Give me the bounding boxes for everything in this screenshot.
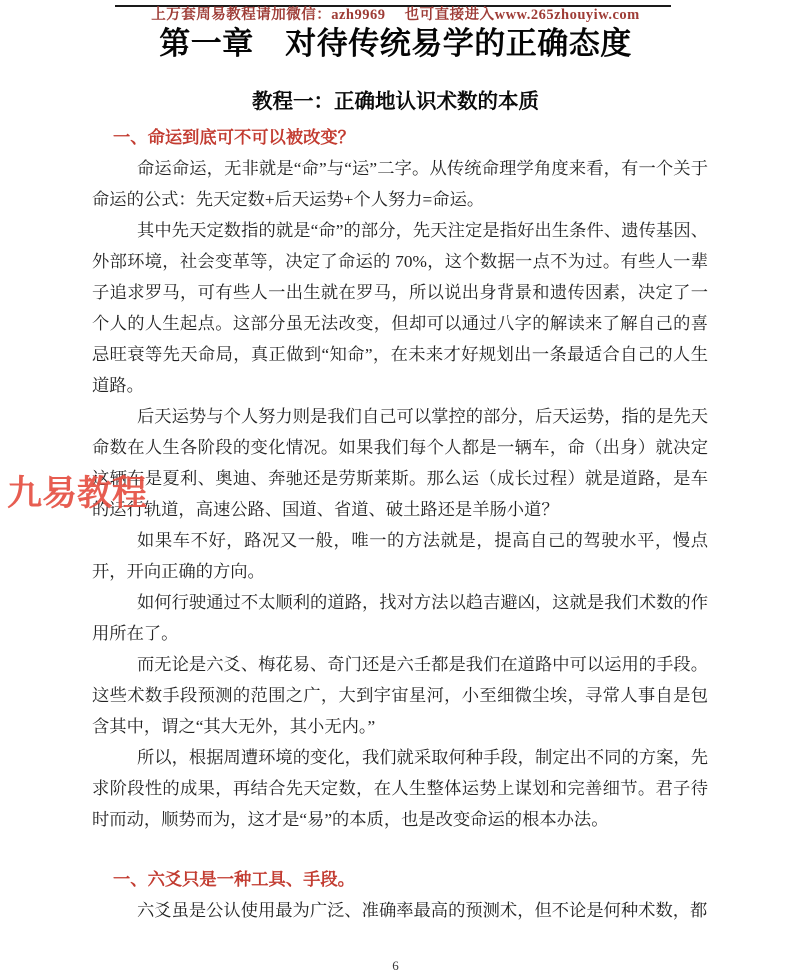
page-number: 6	[0, 958, 791, 974]
section-heading-2: 一、六爻只是一种工具、手段。	[113, 864, 708, 895]
document-body: 一、命运到底可不可以被改变？ 命运命运，无非就是“命”与“运”二字。从传统命理学…	[92, 122, 708, 926]
document-page: 上万套周易教程请加微信：azh9969 也可直接进入www.265zhouyiw…	[0, 0, 791, 978]
paragraph: 而无论是六爻、梅花易、奇门还是六壬都是我们在道路中可以运用的手段。这些术数手段预…	[92, 649, 708, 742]
paragraph: 六爻虽是公认使用最为广泛、准确率最高的预测术，但不论是何种术数，都	[92, 895, 708, 926]
paragraph: 其中先天定数指的就是“命”的部分，先天注定是指好出生条件、遗传基因、外部环境，社…	[92, 215, 708, 401]
chapter-title: 第一章 对待传统易学的正确态度	[0, 18, 791, 63]
section-heading-1: 一、命运到底可不可以被改变？	[113, 122, 708, 153]
paragraph: 命运命运，无非就是“命”与“运”二字。从传统命理学角度来看，有一个关于命运的公式…	[92, 153, 708, 215]
paragraph: 如果车不好，路况又一般，唯一的方法就是，提高自己的驾驶水平，慢点开，开向正确的方…	[92, 525, 708, 587]
watermark-text: 九易教程	[7, 466, 147, 516]
paragraph: 后天运势与个人努力则是我们自己可以掌控的部分，后天运势，指的是先天命数在人生各阶…	[92, 401, 708, 525]
paragraph: 所以，根据周遭环境的变化，我们就采取何种手段，制定出不同的方案，先求阶段性的成果…	[92, 742, 708, 835]
paragraph: 如何行驶通过不太顺利的道路，找对方法以趋吉避凶，这就是我们术数的作用所在了。	[92, 587, 708, 649]
lesson-title: 教程一：正确地认识术数的本质	[0, 84, 791, 114]
